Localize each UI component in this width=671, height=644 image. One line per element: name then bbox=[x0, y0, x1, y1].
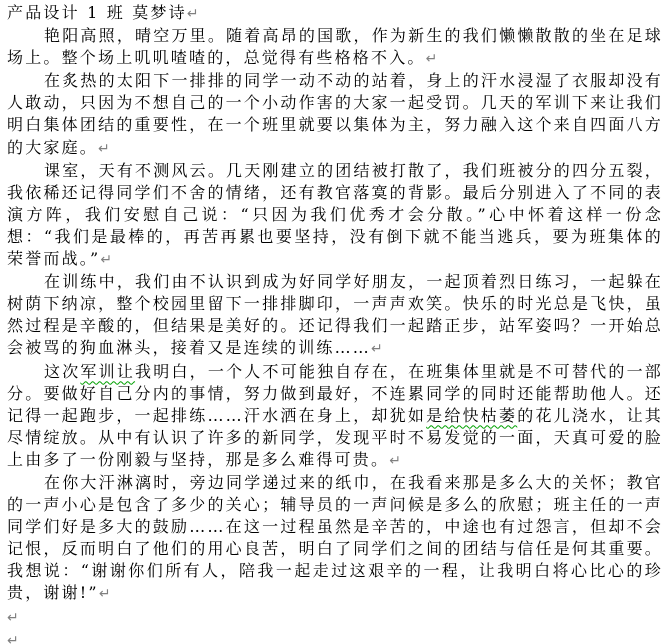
paragraph-mark: ↵ bbox=[7, 610, 19, 626]
paragraph[interactable]: 在你大汗淋漓时，旁边同学递过来的纸巾，在我看来那是多么大的关怀；教官的一声小心是… bbox=[7, 472, 663, 606]
paragraph-mark: ↵ bbox=[98, 141, 110, 157]
spellcheck-flagged-text: 是给快枯萎 bbox=[426, 406, 517, 425]
text-run: 艳阳高照，晴空万里。随着高昂的国歌，作为新生的我们懒懒散散的坐在足球场上。整个场… bbox=[7, 26, 663, 67]
paragraph-mark: ↵ bbox=[100, 252, 112, 268]
spellcheck-flagged-text: 军训让 bbox=[80, 362, 135, 381]
paragraph[interactable]: 艳阳高照，晴空万里。随着高昂的国歌，作为新生的我们懒懒散散的坐在足球场上。整个场… bbox=[7, 25, 663, 70]
document-title-text: 产品设计 1 班 莫梦诗 bbox=[7, 3, 187, 22]
paragraph[interactable]: 在训练中，我们由不认识到成为好同学好朋友，一起顶着烈日练习，一起躲在树荫下纳凉，… bbox=[7, 271, 663, 360]
paragraph-mark: ↵ bbox=[187, 6, 199, 22]
text-run: 在训练中，我们由不认识到成为好同学好朋友，一起顶着烈日练习，一起躲在树荫下纳凉，… bbox=[7, 272, 663, 357]
paragraph[interactable]: 课室，天有不测风云。几天刚建立的团结被打散了，我们班被分的四分五裂，我依稀还记得… bbox=[7, 160, 663, 271]
paragraph-mark: ↵ bbox=[371, 341, 383, 357]
paragraph[interactable]: 在炙热的太阳下一排排的同学一动不动的站着，身上的汗水浸湿了衣服却没有人敢动，只因… bbox=[7, 70, 663, 159]
text-run: 这次 bbox=[44, 362, 80, 381]
paragraph[interactable]: 这次军训让我明白，一个人不可能独自存在，在班集体里就是不可替代的一部分。要做好自… bbox=[7, 361, 663, 472]
paragraph-mark: ↵ bbox=[389, 453, 401, 469]
paragraph[interactable]: ↵ bbox=[7, 629, 663, 644]
document-page: 产品设计 1 班 莫梦诗↵ 艳阳高照，晴空万里。随着高昂的国歌，作为新生的我们懒… bbox=[0, 0, 671, 644]
paragraph-mark: ↵ bbox=[7, 633, 19, 644]
paragraph-mark: ↵ bbox=[99, 586, 111, 602]
document-body[interactable]: 艳阳高照，晴空万里。随着高昂的国歌，作为新生的我们懒懒散散的坐在足球场上。整个场… bbox=[7, 25, 663, 644]
document-title-line[interactable]: 产品设计 1 班 莫梦诗↵ bbox=[7, 2, 663, 25]
paragraph[interactable]: ↵ bbox=[7, 606, 663, 629]
text-run: 在你大汗淋漓时，旁边同学递过来的纸巾，在我看来那是多么大的关怀；教官的一声小心是… bbox=[7, 473, 663, 602]
paragraph-mark: ↵ bbox=[426, 51, 438, 67]
